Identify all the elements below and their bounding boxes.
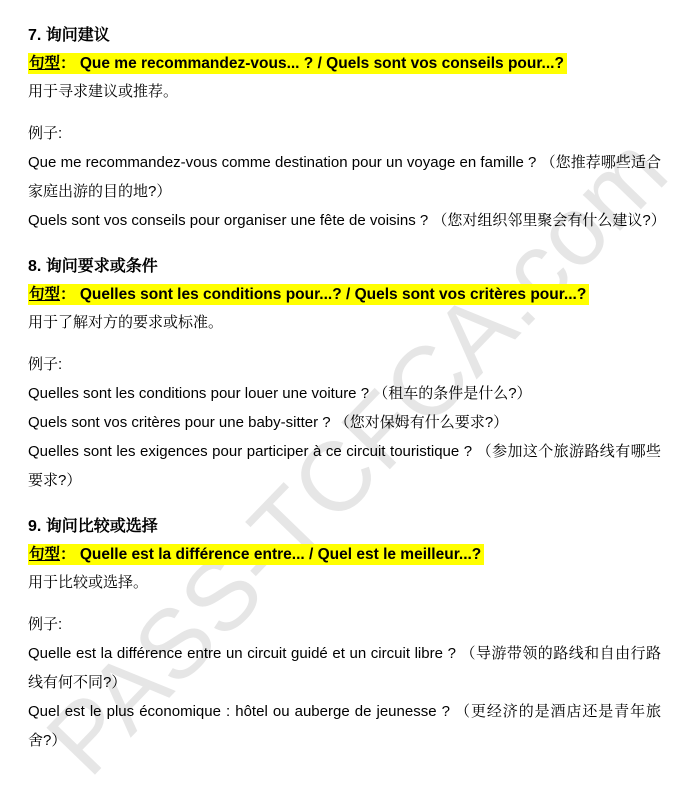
pattern-colon: ：	[60, 286, 76, 303]
example-sentence: Quels sont vos conseils pour organiser u…	[28, 206, 661, 235]
usage-note: 用于了解对方的要求或标准。	[28, 309, 661, 337]
pattern-line: 句型： Quelle est la différence entre... / …	[28, 541, 661, 569]
section-7: 7. 询问建议 句型： Que me recommandez-vous... ?…	[28, 22, 661, 235]
section-heading: 8. 询问要求或条件	[28, 253, 661, 281]
examples-label: 例子:	[28, 120, 661, 148]
example-sentence: Que me recommandez-vous comme destinatio…	[28, 148, 661, 206]
pattern-highlight: 句型： Quelles sont les conditions pour...?…	[28, 284, 589, 305]
pattern-colon: ：	[60, 55, 76, 72]
examples-label: 例子:	[28, 351, 661, 379]
pattern-line: 句型： Quelles sont les conditions pour...?…	[28, 281, 661, 309]
example-sentence: Quelles sont les exigences pour particip…	[28, 437, 661, 495]
pattern-highlight: 句型： Quelle est la différence entre... / …	[28, 544, 484, 565]
section-9: 9. 询问比较或选择 句型： Quelle est la différence …	[28, 513, 661, 755]
examples-label: 例子:	[28, 611, 661, 639]
pattern-text: Que me recommandez-vous... ? / Quels son…	[80, 55, 564, 72]
example-sentence: Quels sont vos critères pour une baby-si…	[28, 408, 661, 437]
example-sentence: Quel est le plus économique : hôtel ou a…	[28, 697, 661, 755]
pattern-highlight: 句型： Que me recommandez-vous... ? / Quels…	[28, 53, 567, 74]
section-heading: 7. 询问建议	[28, 22, 661, 50]
usage-note: 用于寻求建议或推荐。	[28, 78, 661, 106]
pattern-line: 句型： Que me recommandez-vous... ? / Quels…	[28, 50, 661, 78]
section-8: 8. 询问要求或条件 句型： Quelles sont les conditio…	[28, 253, 661, 495]
pattern-label: 句型	[29, 546, 60, 563]
pattern-colon: ：	[60, 546, 76, 563]
pattern-label: 句型	[29, 286, 60, 303]
usage-note: 用于比较或选择。	[28, 569, 661, 597]
pattern-label: 句型	[29, 55, 60, 72]
example-sentence: Quelles sont les conditions pour louer u…	[28, 379, 661, 408]
pattern-text: Quelles sont les conditions pour...? / Q…	[80, 286, 586, 303]
pattern-text: Quelle est la différence entre... / Quel…	[80, 546, 481, 563]
document-page: 7. 询问建议 句型： Que me recommandez-vous... ?…	[0, 0, 689, 791]
example-sentence: Quelle est la différence entre un circui…	[28, 639, 661, 697]
section-heading: 9. 询问比较或选择	[28, 513, 661, 541]
